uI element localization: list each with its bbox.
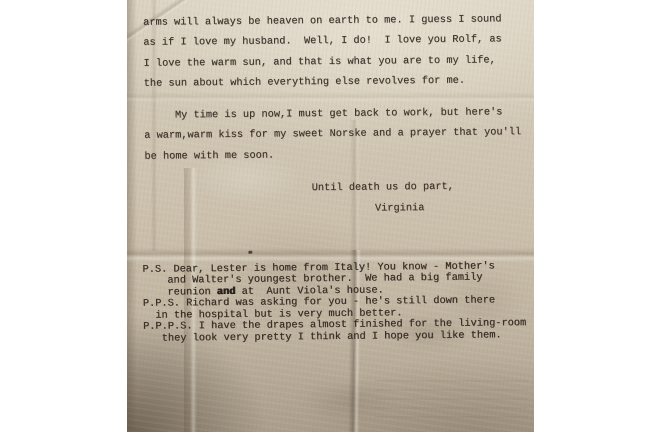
- postscript-line-7: they look very pretty I think and I hope…: [143, 330, 526, 345]
- postscript-block: P.S. Dear, Lester is home from Italy! Yo…: [142, 261, 526, 345]
- letter-paragraph-2: My time is up now,I must get back to wor…: [144, 102, 534, 167]
- page-background: arms will always be heaven on earth to m…: [0, 0, 650, 432]
- stray-typed-mark: [248, 250, 252, 254]
- letter-photo: arms will always be heaven on earth to m…: [127, 0, 534, 432]
- signature-name: Virginia: [375, 201, 425, 215]
- letter-text-layer: arms will always be heaven on earth to m…: [127, 0, 534, 432]
- valediction-line: Until death us do part,: [312, 180, 454, 195]
- letter-paragraph-1: arms will always be heaven on earth to m…: [143, 9, 524, 94]
